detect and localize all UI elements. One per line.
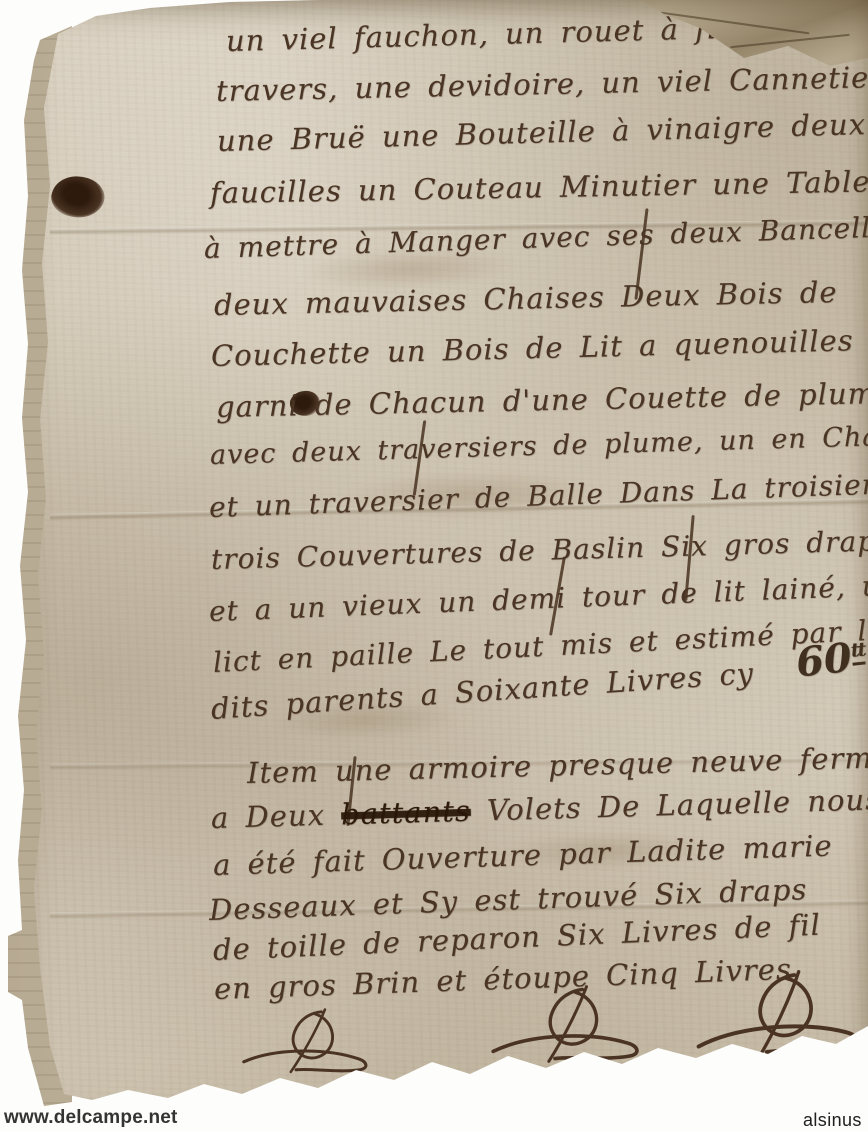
manuscript-line: a Deux battants Volets De Laquelle nous [211, 782, 868, 835]
manuscript-line: trois Couvertures de Baslin Six gros dra… [211, 524, 868, 576]
line-text: garni de Chacun d'une Couette de plume [216, 376, 868, 424]
manuscript-line: travers, une devidoire, un viel Cannetie… [216, 60, 868, 108]
margin-value: 60 [794, 634, 854, 687]
paraph-flourish [486, 979, 649, 1079]
manuscript-line: Couchette un Bois de Lit a quenouilles [211, 323, 854, 373]
line-text: a Deux [211, 797, 342, 835]
line-text: trois Couvertures de Baslin Six gros dra… [211, 524, 868, 576]
ink-stain [47, 169, 109, 225]
delcampe-watermark: www.delcampe.net [4, 1107, 178, 1129]
line-text: travers, une devidoire, un viel Cannetie… [216, 60, 868, 108]
seller-watermark: alsinus [803, 1110, 862, 1131]
manuscript-line: une Bruë une Bouteille à vinaigre deux [217, 107, 867, 158]
manuscript-line: faucilles un Couteau Minutier une Table [210, 164, 868, 210]
scanned-manuscript-photo: un viel fauchon, un rouet à filer, untra… [0, 0, 868, 1132]
paraph-flourish [237, 1000, 378, 1089]
paraph-flourish [692, 967, 868, 1070]
line-text: une Bruë une Bouteille à vinaigre deux [217, 107, 867, 158]
line-text: avec deux traversiers de plume, un en Ch… [210, 420, 868, 471]
line-text: Item une armoire presque neuve fermante [247, 739, 868, 790]
line-text: à mettre à Manger avec ses deux Bancelle… [203, 210, 868, 265]
manuscript-line: à mettre à Manger avec ses deux Bancelle… [203, 210, 868, 265]
line-text: faucilles un Couteau Minutier une Table [210, 164, 868, 210]
margin-value-note: 60tt [794, 633, 868, 687]
manuscript-line: Item une armoire presque neuve fermante [247, 739, 868, 790]
line-text: Couchette un Bois de Lit a quenouilles [211, 323, 854, 373]
manuscript-line: garni de Chacun d'une Couette de plume [216, 376, 868, 424]
fold-line [730, 34, 850, 49]
manuscript-line: avec deux traversiers de plume, un en Ch… [210, 420, 868, 471]
manuscript-paper: un viel fauchon, un rouet à filer, untra… [0, 0, 868, 1132]
struck-word: battants [341, 794, 472, 832]
line-text: Volets De Laquelle nous [470, 782, 868, 827]
livres-tournois-sign: tt [850, 638, 866, 665]
